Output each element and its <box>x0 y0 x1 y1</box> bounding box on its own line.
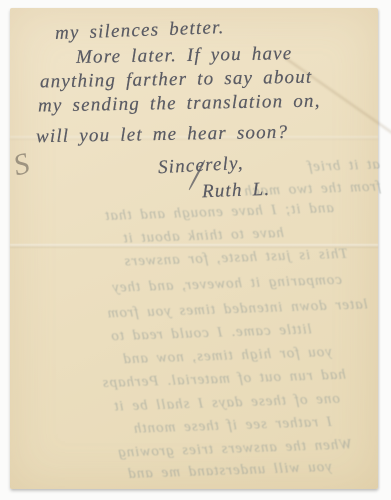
scanned-letter-page: { "document": { "type": "handwritten let… <box>0 0 391 500</box>
letter-body-line: will you let me hear soon? <box>36 122 289 148</box>
letter-signature: Ruth L. <box>202 179 271 203</box>
bleedthrough-line: at it brief <box>295 157 381 180</box>
letter-body-line: More later. If you have <box>76 43 293 69</box>
